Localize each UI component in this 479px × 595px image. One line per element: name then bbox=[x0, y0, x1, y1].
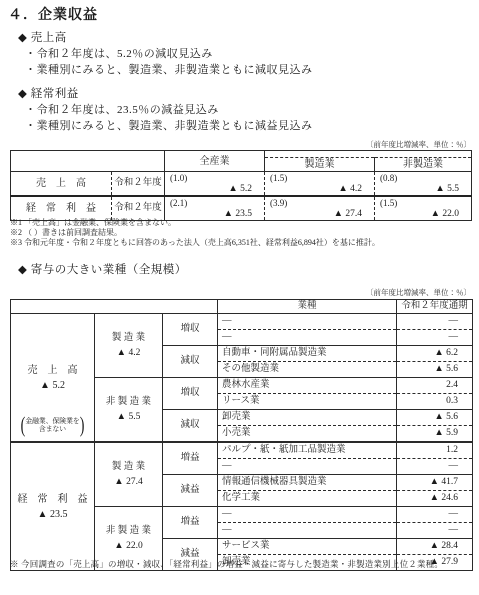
current-value: ▲ 22.0 bbox=[375, 209, 471, 221]
value-cell: ▲ 24.6 bbox=[397, 491, 473, 507]
footnote-3: ※3 令和元年度・令和２年度ともに回答のあった法人（売上高6,351社、経常利益… bbox=[10, 238, 380, 248]
profit-block-total: ▲ 23.5 bbox=[38, 509, 68, 520]
value-cell: — bbox=[397, 523, 473, 539]
table1-header-all-industries: 全産業 bbox=[165, 151, 265, 172]
value-cell: ▲ 5.6 bbox=[397, 362, 473, 378]
direction-cell-increase: 増益 bbox=[163, 442, 218, 475]
value-cell: — bbox=[397, 314, 473, 330]
group-label: 製 造 業 bbox=[112, 462, 145, 473]
summary-table: 全産業 製造業 非製造業 売 上 高 令和２年度 (1.0)▲ 5.2 (1.5… bbox=[10, 150, 472, 221]
fiscal-year-cell: 令和２年度 bbox=[112, 172, 165, 197]
industry-cell: — bbox=[218, 330, 397, 346]
prev-survey-value: (3.9) bbox=[265, 197, 374, 209]
exclusion-line-2: 含まない bbox=[39, 426, 66, 433]
row-label-profit: 経 常 利 益 bbox=[11, 196, 112, 221]
industry-cell: 情報通信機械器具製造業 bbox=[218, 475, 397, 491]
industry-cell: 自動車・同附属品製造業 bbox=[218, 346, 397, 362]
industry-cell: 農林水産業 bbox=[218, 378, 397, 394]
table-row: 経 常 利 益 令和２年度 (2.1)▲ 23.5 (3.9)▲ 27.4 (1… bbox=[11, 196, 472, 221]
profit-nonmfg-cell: (1.5)▲ 22.0 bbox=[375, 196, 472, 221]
value-cell: — bbox=[397, 459, 473, 475]
sales-bullet-2: ・業種別にみると、製造業、非製造業ともに減収見込み bbox=[25, 61, 313, 77]
sales-bullet-1: ・令和２年度は、5.2％の減収見込み bbox=[25, 45, 213, 61]
profit-block-label: 経 常 利 益 bbox=[18, 494, 88, 505]
value-cell: 2.4 bbox=[397, 378, 473, 394]
industry-cell: パルプ・紙・紙加工品製造業 bbox=[218, 442, 397, 459]
prev-survey-value: (1.5) bbox=[265, 172, 374, 184]
profit-bullet-1: ・令和２年度は、23.5％の減益見込み bbox=[25, 101, 219, 117]
current-value: ▲ 4.2 bbox=[265, 184, 374, 196]
group-total: ▲ 5.5 bbox=[117, 412, 141, 423]
table1-header-nonmanufacturing: 非製造業 bbox=[375, 158, 472, 172]
table1-header-spacer bbox=[265, 151, 472, 158]
direction-cell-decrease: 減収 bbox=[163, 346, 218, 378]
value-cell: — bbox=[397, 330, 473, 346]
page-title: ４．企業収益 bbox=[8, 4, 98, 24]
group-label: 製 造 業 bbox=[112, 333, 145, 344]
sales-block-total: ▲ 5.2 bbox=[40, 380, 65, 391]
group-total: ▲ 27.4 bbox=[114, 477, 142, 488]
right-paren: ) bbox=[80, 417, 85, 435]
industry-cell: 化学工業 bbox=[218, 491, 397, 507]
current-value: ▲ 5.2 bbox=[165, 184, 264, 196]
value-cell: 1.2 bbox=[397, 442, 473, 459]
sales-mfg-cell: (1.5)▲ 4.2 bbox=[265, 172, 375, 197]
value-cell: 0.3 bbox=[397, 394, 473, 410]
industry-cell: — bbox=[218, 507, 397, 523]
value-cell: ▲ 28.4 bbox=[397, 539, 473, 555]
footnote-2: ※2 （ ）書きは前回調査結果。 bbox=[10, 228, 380, 238]
document-page: ４．企業収益 ◆ 売上高 ・令和２年度は、5.2％の減収見込み ・業種別にみると… bbox=[0, 0, 479, 595]
profit-block-cell: 経 常 利 益 ▲ 23.5 bbox=[11, 442, 95, 571]
direction-cell-decrease: 減益 bbox=[163, 475, 218, 507]
table1-corner-cell bbox=[11, 151, 165, 172]
industry-cell: リース業 bbox=[218, 394, 397, 410]
industry-cell: 卸売業 bbox=[218, 410, 397, 426]
table2-footnote: ※ 今回調査の「売上高」の増収・減収、「経常利益」の増益・減益に寄与した製造業・… bbox=[10, 558, 443, 570]
table2-header-empty bbox=[11, 300, 218, 314]
table-row: 経 常 利 益 ▲ 23.5 製 造 業▲ 27.4 増益 パルプ・紙・紙加工品… bbox=[11, 442, 473, 459]
group-label: 非 製 造 業 bbox=[106, 397, 151, 408]
value-cell: ▲ 5.6 bbox=[397, 410, 473, 426]
industry-cell: 小売業 bbox=[218, 426, 397, 443]
value-cell: ▲ 5.9 bbox=[397, 426, 473, 443]
table1-header-manufacturing: 製造業 bbox=[265, 158, 375, 172]
table2-header-industry: 業種 bbox=[218, 300, 397, 314]
current-value: ▲ 5.5 bbox=[375, 184, 471, 196]
sales-exclusion-note: ( 金融業、保険業を含まない ) bbox=[21, 418, 85, 434]
sales-all-cell: (1.0)▲ 5.2 bbox=[165, 172, 265, 197]
sales-block-label: 売 上 高 bbox=[28, 365, 78, 376]
sales-nonmfg-group-cell: 非 製 造 業▲ 5.5 bbox=[95, 378, 163, 443]
sales-heading: ◆ 売上高 bbox=[18, 29, 67, 45]
table1-unit-note: 〔前年度比増減率、単位：％〕 bbox=[366, 139, 471, 150]
value-cell: ▲ 41.7 bbox=[397, 475, 473, 491]
industry-cell: その他製造業 bbox=[218, 362, 397, 378]
group-total: ▲ 4.2 bbox=[117, 348, 141, 359]
prev-survey-value: (0.8) bbox=[375, 172, 471, 184]
exclusion-line-1: 金融業、保険業を bbox=[25, 418, 79, 425]
profit-bullet-2: ・業種別にみると、製造業、非製造業ともに減益見込み bbox=[25, 117, 313, 133]
table2-header-value: 令和２年度通期 bbox=[397, 300, 473, 314]
table1-footnotes: ※1 「売上高」は金融業、保険業を含まない。 ※2 （ ）書きは前回調査結果。 … bbox=[10, 218, 380, 248]
industry-cell: — bbox=[218, 459, 397, 475]
group-label: 非 製 造 業 bbox=[106, 526, 151, 537]
contribution-table: 業種 令和２年度通期 売 上 高 ▲ 5.2 ( 金融業、保険業を含まない ) … bbox=[10, 299, 473, 571]
footnote-1: ※1 「売上高」は金融業、保険業を含まない。 bbox=[10, 218, 380, 228]
prev-survey-value: (2.1) bbox=[165, 197, 264, 209]
direction-cell-decrease: 減収 bbox=[163, 410, 218, 443]
contribution-section-heading: ◆ 寄与の大きい業種（全規模） bbox=[18, 261, 187, 277]
left-paren: ( bbox=[21, 417, 26, 435]
row-label-sales: 売 上 高 bbox=[11, 172, 112, 197]
industry-cell: — bbox=[218, 523, 397, 539]
profit-all-cell: (2.1)▲ 23.5 bbox=[165, 196, 265, 221]
profit-heading: ◆ 経常利益 bbox=[18, 85, 79, 101]
direction-cell-increase: 増収 bbox=[163, 378, 218, 410]
sales-mfg-group-cell: 製 造 業▲ 4.2 bbox=[95, 314, 163, 378]
prev-survey-value: (1.0) bbox=[165, 172, 264, 184]
direction-cell-increase: 増収 bbox=[163, 314, 218, 346]
sales-block-cell: 売 上 高 ▲ 5.2 ( 金融業、保険業を含まない ) bbox=[11, 314, 95, 443]
profit-mfg-group-cell: 製 造 業▲ 27.4 bbox=[95, 442, 163, 507]
value-cell: ▲ 6.2 bbox=[397, 346, 473, 362]
profit-mfg-cell: (3.9)▲ 27.4 bbox=[265, 196, 375, 221]
table-row: 売 上 高 令和２年度 (1.0)▲ 5.2 (1.5)▲ 4.2 (0.8)▲… bbox=[11, 172, 472, 197]
industry-cell: — bbox=[218, 314, 397, 330]
sales-nonmfg-cell: (0.8)▲ 5.5 bbox=[375, 172, 472, 197]
value-cell: — bbox=[397, 507, 473, 523]
prev-survey-value: (1.5) bbox=[375, 197, 471, 209]
direction-cell-increase: 増益 bbox=[163, 507, 218, 539]
group-total: ▲ 22.0 bbox=[114, 541, 142, 552]
fiscal-year-cell: 令和２年度 bbox=[112, 196, 165, 221]
industry-cell: サービス業 bbox=[218, 539, 397, 555]
table-row: 売 上 高 ▲ 5.2 ( 金融業、保険業を含まない ) 製 造 業▲ 4.2 … bbox=[11, 314, 473, 330]
table2-unit-note: 〔前年度比増減率、単位：％〕 bbox=[366, 287, 471, 298]
